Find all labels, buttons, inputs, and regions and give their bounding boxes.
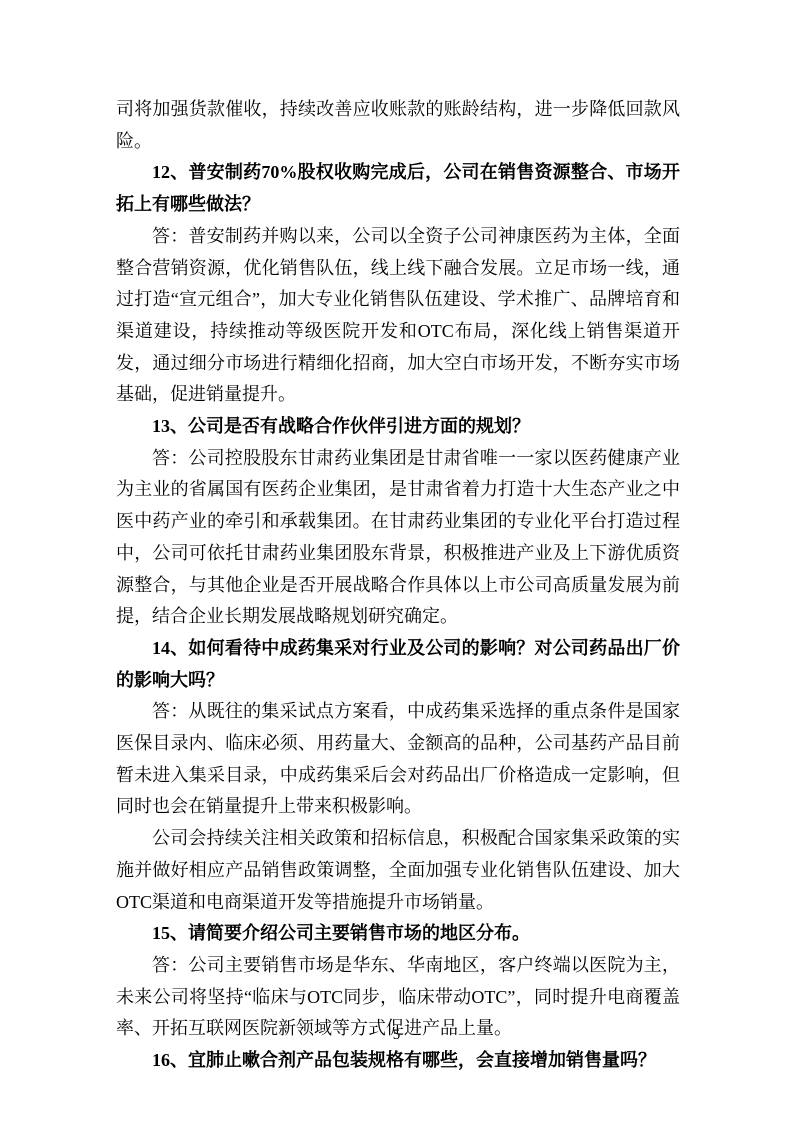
answer-paragraph: 答：公司控股股东甘肃药业集团是甘肃省唯一一家以医药健康产业为主业的省属国有医药企…: [116, 443, 680, 633]
question-heading: 12、普安制药70%股权收购完成后，公司在销售资源整合、市场开拓上有哪些做法？: [116, 157, 680, 220]
question-heading: 13、公司是否有战略合作伙伴引进方面的规划？: [116, 411, 680, 443]
page-number: 5: [0, 1025, 793, 1045]
question-heading: 15、请简要介绍公司主要销售市场的地区分布。: [116, 918, 680, 950]
answer-paragraph: 答：从既往的集采试点方案看，中成药集采选择的重点条件是国家医保目录内、临床必须、…: [116, 696, 680, 823]
document-page: 司将加强货款催收，持续改善应收账款的账龄结构，进一步降低回款风险。12、普安制药…: [0, 0, 793, 1122]
answer-paragraph: 司将加强货款催收，持续改善应收账款的账龄结构，进一步降低回款风险。: [116, 94, 680, 157]
answer-paragraph: 答：普安制药并购以来，公司以全资子公司神康医药为主体，全面整合营销资源，优化销售…: [116, 221, 680, 411]
question-heading: 16、宜肺止嗽合剂产品包装规格有哪些，会直接增加销售量吗？: [116, 1045, 680, 1077]
document-content: 司将加强货款催收，持续改善应收账款的账龄结构，进一步降低回款风险。12、普安制药…: [116, 94, 680, 1077]
answer-paragraph: 公司会持续关注相关政策和招标信息，积极配合国家集采政策的实施并做好相应产品销售政…: [116, 823, 680, 918]
question-heading: 14、如何看待中成药集采对行业及公司的影响？对公司药品出厂价的影响大吗？: [116, 633, 680, 696]
